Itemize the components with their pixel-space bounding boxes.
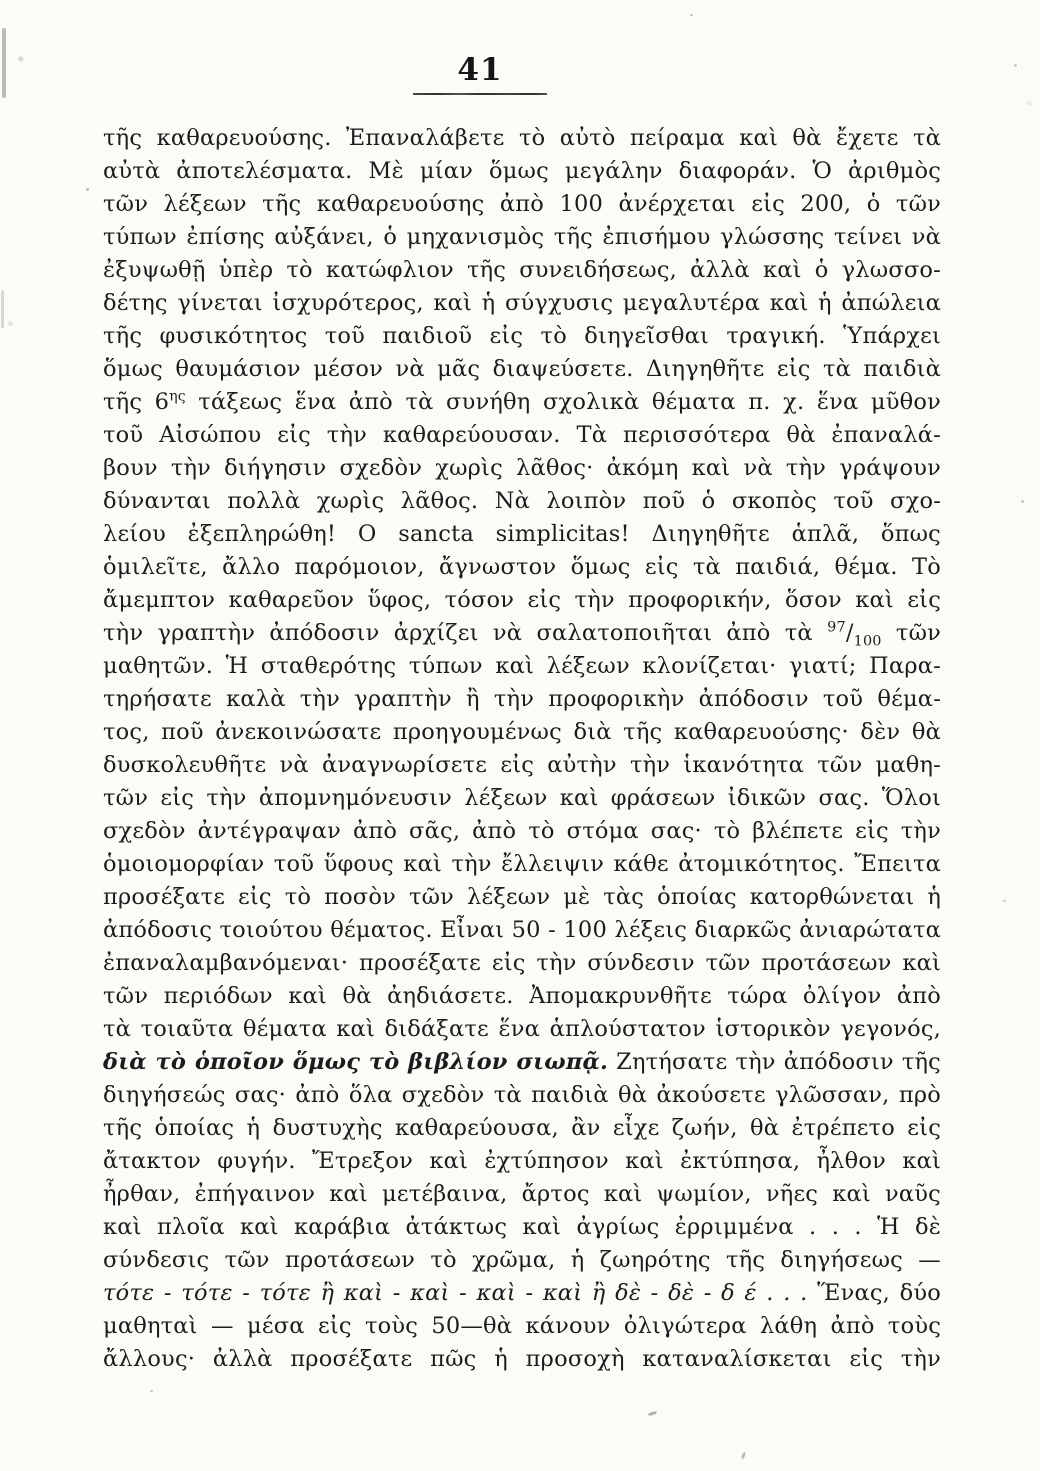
text-line: δέτης γίνεται ἰσχυρότερος, καὶ ἡ σύγχυσι… — [103, 287, 941, 320]
text-line: ἄτακτον φυγήν. Ἔτρεξον καὶ ἐχτύπησον καὶ… — [103, 1145, 941, 1178]
page-number-rule — [413, 93, 547, 95]
scan-smudge — [2, 28, 6, 98]
text-line: ὁμοιομορφίαν τοῦ ὕφους καὶ τὴν ἔλλειψιν … — [103, 848, 941, 881]
text-segment: ἐξυψωθῇ ὑπὲρ τὸ κατώφλιον τῆς συνειδήσεω… — [103, 257, 941, 283]
text-line: λείου ἐξεπληρώθη! O sancta simplicitas! … — [103, 518, 941, 551]
text-segment: ὅμως θαυμάσιον μέσον νὰ μᾶς διαψεύσετε. … — [103, 356, 941, 382]
text-line: μαθητῶν. Ἡ σταθερότης τύπων καὶ λέξεων κ… — [103, 650, 941, 683]
scan-speck — [1021, 500, 1024, 503]
text-line: τῆς φυσικότητος τοῦ παιδιοῦ εἰς τὸ διηγε… — [103, 320, 941, 353]
text-segment: ἀπόδοσις τοιούτου θέματος. Εἶναι 50 - 10… — [103, 917, 941, 943]
text-segment: ἄλλους· ἀλλὰ προσέξατε πῶς ἡ προσοχὴ κατ… — [103, 1346, 941, 1372]
text-segment: βουν τὴν διήγησιν σχεδὸν χωρὶς λᾶθος· ἀκ… — [103, 455, 941, 481]
text-segment: Ἕνας, δύο — [808, 1280, 941, 1306]
text-segment: λείου ἐξεπληρώθη! O sancta simplicitas! … — [103, 521, 941, 547]
text-line: τῆς ὁποίας ἡ δυστυχὴς καθαρεύουσα, ἂν εἶ… — [103, 1112, 941, 1145]
text-line: ἄλλους· ἀλλὰ προσέξατε πῶς ἡ προσοχὴ κατ… — [103, 1343, 941, 1376]
text-segment: ὁμιλεῖτε, ἄλλο παρόμοιον, ἄγνωστον ὅμως … — [103, 554, 941, 580]
text-line: τύπων ἐπίσης αὐξάνει, ὁ μηχανισμὸς τῆς ἐ… — [103, 221, 941, 254]
text-segment: τῆς 6 — [103, 389, 169, 415]
text-segment: τος, ποῦ ἀνεκοινώσατε προηγουμένως διὰ τ… — [103, 719, 941, 745]
text-line: τὴν γραπτὴν ἀπόδοσιν ἀρχίζει νὰ σαλατοπο… — [103, 617, 941, 650]
text-segment: τοῦ Αἰσώπου εἰς τὴν καθαρεύουσαν. Τὰ περ… — [103, 422, 941, 448]
text-segment: τῶν λέξεων τῆς καθαρευούσης ἀπὸ 100 ἀνέρ… — [103, 191, 941, 217]
text-line: ἦρθαν, ἐπήγαινον καὶ μετέβαινα, ἄρτος κα… — [103, 1178, 941, 1211]
text-segment: σύνδεσις τῶν προτάσεων τὸ χρῶμα, ἡ ζωηρό… — [103, 1247, 941, 1273]
text-segment: δυσκολευθῆτε νὰ ἀναγνωρίσετε εἰς αὐτὴν τ… — [103, 752, 941, 778]
text-segment: τῆς καθαρευούσης. Ἐπαναλάβετε τὸ αὐτὸ πε… — [103, 125, 941, 151]
text-line: διὰ τὸ ὁποῖον ὅμως τὸ βιβλίον σιωπᾷ. Ζητ… — [103, 1046, 941, 1079]
text-line: τηρήσατε καλὰ τὴν γραπτὴν ἢ τὴν προφορικ… — [103, 683, 941, 716]
scan-speck — [690, 14, 693, 16]
text-line: ὅμως θαυμάσιον μέσον νὰ μᾶς διαψεύσετε. … — [103, 353, 941, 386]
text-line: δύνανται πολλὰ χωρὶς λᾶθος. Νὰ λοιπὸν πο… — [103, 485, 941, 518]
text-line: τῶν περιόδων καὶ θὰ ἀηδιάσετε. Ἀπομακρυν… — [103, 980, 941, 1013]
text-line: τῶν λέξεων τῆς καθαρευούσης ἀπὸ 100 ἀνέρ… — [103, 188, 941, 221]
text-segment: τῶν εἰς τὴν ἀπομνημόνευσιν λέξεων καὶ φρ… — [103, 785, 941, 811]
text-line: ὁμιλεῖτε, ἄλλο παρόμοιον, ἄγνωστον ὅμως … — [103, 551, 941, 584]
ordinal-superscript: ης — [169, 389, 186, 405]
text-segment: ὁμοιομορφίαν τοῦ ὕφους καὶ τὴν ἔλλειψιν … — [103, 851, 941, 877]
book-page: 41 τῆς καθαρευούσης. Ἐπαναλάβετε τὸ αὐτὸ… — [0, 0, 1040, 1471]
text-segment: ἄτακτον φυγήν. Ἔτρεξον καὶ ἐχτύπησον καὶ… — [103, 1148, 941, 1174]
text-block: τῆς καθαρευούσης. Ἐπαναλάβετε τὸ αὐτὸ πε… — [103, 122, 941, 1376]
text-line: τῶν εἰς τὴν ἀπομνημόνευσιν λέξεων καὶ φρ… — [103, 782, 941, 815]
text-segment: μαθητῶν. Ἡ σταθερότης τύπων καὶ λέξεων κ… — [103, 653, 941, 679]
text-segment: ἄμεμπτον καθαρεῦον ὕφος, τόσον εἰς τὴν π… — [103, 587, 941, 613]
text-segment: σχεδὸν ἀντέγραψαν ἀπὸ σᾶς, ἀπὸ τὸ στόμα … — [103, 818, 941, 844]
text-line: ἀπόδοσις τοιούτου θέματος. Εἶναι 50 - 10… — [103, 914, 941, 947]
text-line: τὰ τοιαῦτα θέματα καὶ διδάξατε ἕνα ἁπλού… — [103, 1013, 941, 1046]
text-segment: τὴν γραπτὴν ἀπόδοσιν ἀρχίζει νὰ σαλατοπο… — [103, 620, 827, 646]
scan-speck — [648, 1411, 657, 1417]
text-line: τοῦ Αἰσώπου εἰς τὴν καθαρεύουσαν. Τὰ περ… — [103, 419, 941, 452]
text-segment: τηρήσατε καλὰ τὴν γραπτὴν ἢ τὴν προφορικ… — [103, 686, 941, 712]
text-line: τότε - τότε - τότε ἢ καὶ - καὶ - καὶ - κ… — [103, 1277, 941, 1310]
text-segment: αὐτὰ ἀποτελέσματα. Μὲ μίαν ὅμως μεγάλην … — [103, 158, 941, 184]
emphasis-bold-italic: διὰ τὸ ὁποῖον ὅμως τὸ βιβλίον σιωπᾷ. — [103, 1049, 608, 1075]
text-line: βουν τὴν διήγησιν σχεδὸν χωρὶς λᾶθος· ἀκ… — [103, 452, 941, 485]
text-segment: δέτης γίνεται ἰσχυρότερος, καὶ ἡ σύγχυσι… — [103, 290, 941, 316]
text-line: μαθηταὶ — μέσα εἰς τοὺς 50—θὰ κάνουν ὀλι… — [103, 1310, 941, 1343]
text-segment: τάξεως ἕνα ἀπὸ τὰ συνήθη σχολικὰ θέματα … — [186, 389, 941, 415]
text-segment: τῶν — [882, 620, 941, 646]
text-line: τῆς 6ης τάξεως ἕνα ἀπὸ τὰ συνήθη σχολικὰ… — [103, 386, 941, 419]
scan-speck — [741, 1452, 746, 1460]
text-line: ἐπαναλαμβανόμεναι· προσέξατε εἰς τὴν σύν… — [103, 947, 941, 980]
text-line: προσέξατε εἰς τὸ ποσὸν τῶν λέξεων μὲ τὰς… — [103, 881, 941, 914]
text-segment: τῆς ὁποίας ἡ δυστυχὴς καθαρεύουσα, ἂν εἶ… — [103, 1115, 941, 1141]
text-line: ἐξυψωθῇ ὑπὲρ τὸ κατώφλιον τῆς συνειδήσεω… — [103, 254, 941, 287]
text-line: τῆς καθαρευούσης. Ἐπαναλάβετε τὸ αὐτὸ πε… — [103, 122, 941, 155]
text-segment: τῆς φυσικότητος τοῦ παιδιοῦ εἰς τὸ διηγε… — [103, 323, 941, 349]
text-segment: ἐπαναλαμβανόμεναι· προσέξατε εἰς τὴν σύν… — [103, 950, 941, 976]
text-line: διηγήσεώς σας· ἀπὸ ὅλα σχεδὸν τὰ παιδιὰ … — [103, 1079, 941, 1112]
text-segment: καὶ πλοῖα καὶ καράβια ἀτάκτως καὶ ἀγρίως… — [103, 1214, 941, 1240]
text-segment: προσέξατε εἰς τὸ ποσὸν τῶν λέξεων μὲ τὰς… — [103, 884, 941, 910]
text-segment: Ζητήσατε τὴν ἀπόδοσιν τῆς — [608, 1049, 941, 1075]
text-segment: τὰ τοιαῦτα θέματα καὶ διδάξατε ἕνα ἁπλού… — [103, 1016, 941, 1042]
text-segment: τῶν περιόδων καὶ θὰ ἀηδιάσετε. Ἀπομακρυν… — [103, 983, 941, 1009]
scan-speck — [150, 1390, 153, 1392]
scan-smudge — [1, 290, 4, 328]
text-line: σχεδὸν ἀντέγραψαν ἀπὸ σᾶς, ἀπὸ τὸ στόμα … — [103, 815, 941, 848]
text-line: καὶ πλοῖα καὶ καράβια ἀτάκτως καὶ ἀγρίως… — [103, 1211, 941, 1244]
text-line: τος, ποῦ ἀνεκοινώσατε προηγουμένως διὰ τ… — [103, 716, 941, 749]
fraction-97-100: 97/100 — [827, 620, 882, 646]
text-line: σύνδεσις τῶν προτάσεων τὸ χρῶμα, ἡ ζωηρό… — [103, 1244, 941, 1277]
page-number: 41 — [413, 55, 547, 86]
text-line: αὐτὰ ἀποτελέσματα. Μὲ μίαν ὅμως μεγάλην … — [103, 155, 941, 188]
scan-speck — [1003, 900, 1006, 902]
emphasis-italic: τότε - τότε - τότε ἢ καὶ - καὶ - καὶ - κ… — [103, 1280, 808, 1306]
page-header: 41 — [413, 55, 547, 95]
text-segment: μαθηταὶ — μέσα εἰς τοὺς 50—θὰ κάνουν ὀλι… — [103, 1313, 941, 1339]
text-segment: ἦρθαν, ἐπήγαινον καὶ μετέβαινα, ἄρτος κα… — [103, 1181, 941, 1207]
text-segment: δύνανται πολλὰ χωρὶς λᾶθος. Νὰ λοιπὸν πο… — [103, 488, 941, 514]
scan-speck — [86, 188, 89, 191]
scan-speck — [1014, 64, 1017, 67]
text-segment: τύπων ἐπίσης αὐξάνει, ὁ μηχανισμὸς τῆς ἐ… — [103, 224, 941, 250]
text-line: δυσκολευθῆτε νὰ ἀναγνωρίσετε εἰς αὐτὴν τ… — [103, 749, 941, 782]
text-segment: διηγήσεώς σας· ἀπὸ ὅλα σχεδὸν τὰ παιδιὰ … — [103, 1082, 941, 1108]
text-line: ἄμεμπτον καθαρεῦον ὕφος, τόσον εἰς τὴν π… — [103, 584, 941, 617]
